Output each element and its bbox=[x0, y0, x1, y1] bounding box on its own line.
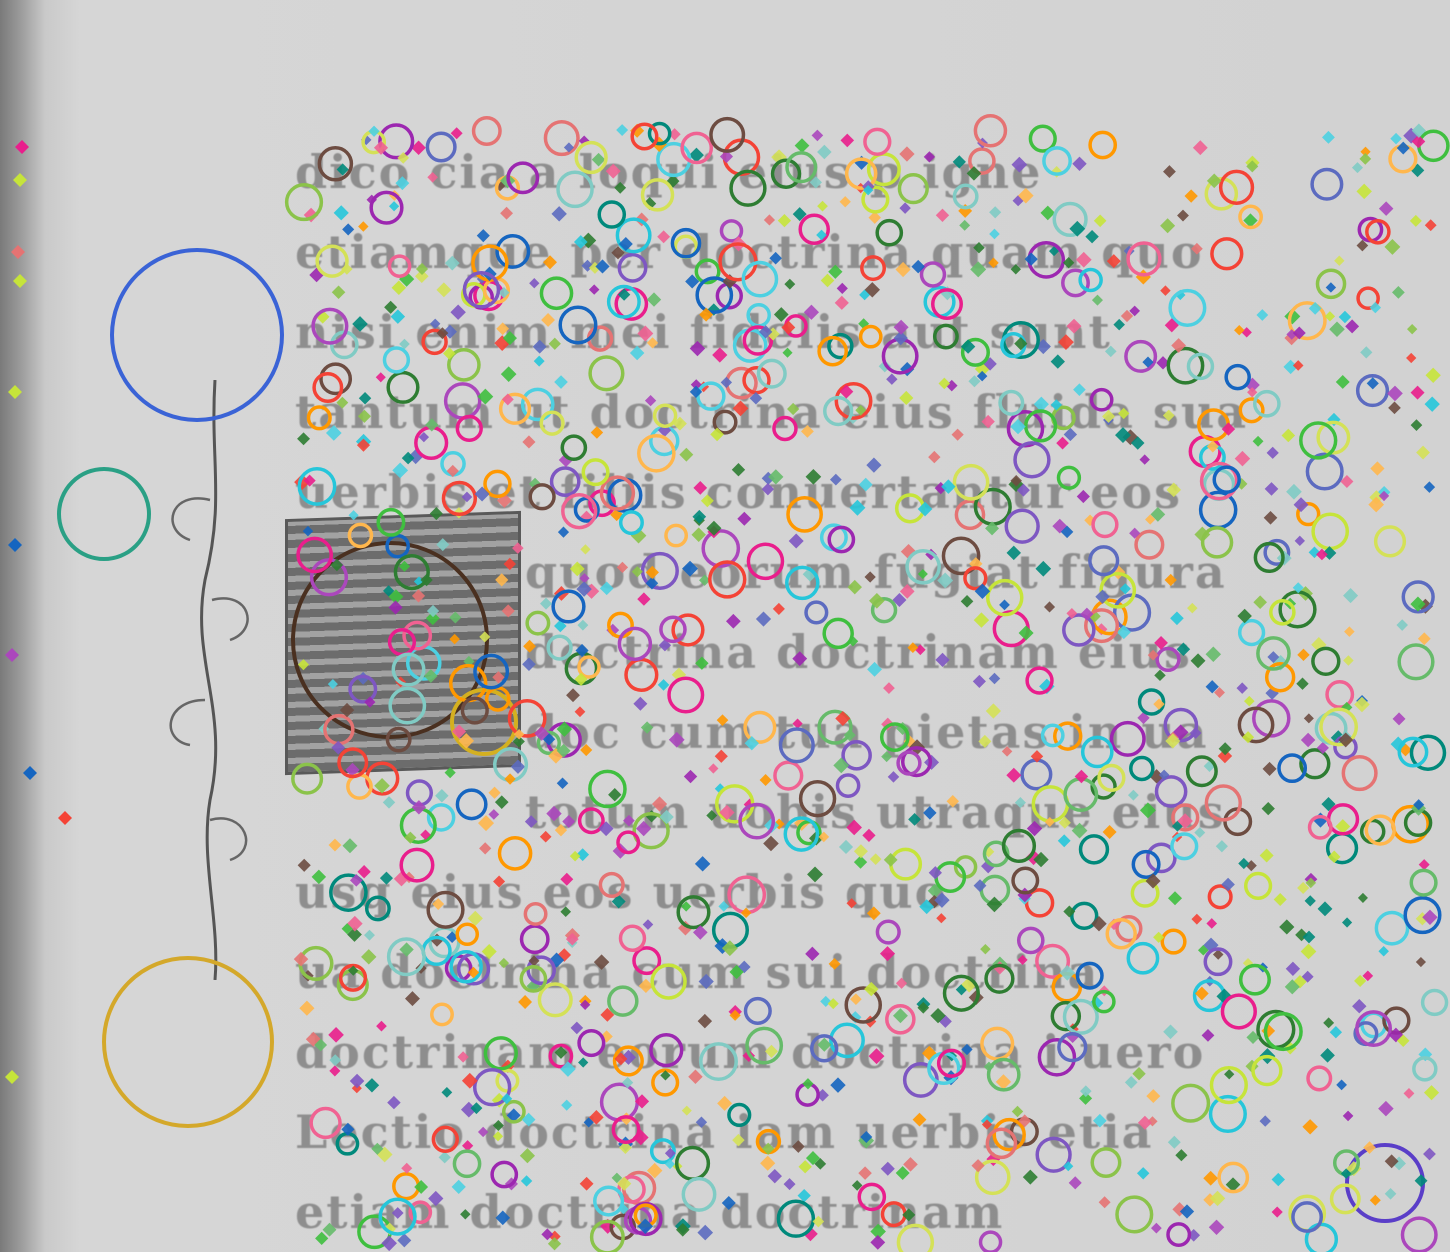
keypoint-diamond bbox=[1206, 647, 1221, 662]
keypoint-diamond bbox=[1012, 1106, 1023, 1117]
keypoint-circle bbox=[1308, 1067, 1331, 1090]
keypoint-diamond bbox=[478, 1127, 488, 1137]
keypoint-circle bbox=[747, 1028, 781, 1062]
keypoint-diamond bbox=[1423, 1148, 1436, 1161]
keypoint-circle bbox=[474, 118, 500, 144]
keypoint-diamond bbox=[652, 796, 667, 811]
keypoint-diamond bbox=[696, 1117, 707, 1128]
keypoint-diamond bbox=[430, 319, 440, 329]
keypoint-diamond bbox=[1185, 189, 1198, 202]
keypoint-diamond bbox=[1378, 946, 1389, 957]
keypoint-diamond bbox=[412, 589, 425, 602]
keypoint-circle bbox=[837, 775, 858, 796]
keypoint-diamond bbox=[1272, 1173, 1285, 1186]
keypoint-diamond bbox=[1072, 823, 1088, 839]
keypoint-diamond bbox=[1194, 827, 1205, 838]
keypoint-diamond bbox=[1206, 918, 1217, 929]
keypoint-diamond bbox=[886, 374, 897, 385]
keypoint-circle bbox=[485, 471, 510, 496]
keypoint-diamond bbox=[935, 653, 949, 667]
keypoint-diamond bbox=[435, 789, 448, 802]
keypoint-circle bbox=[701, 1044, 736, 1079]
keypoint-diamond bbox=[376, 1021, 387, 1032]
keypoint-diamond bbox=[358, 410, 371, 423]
keypoint-circle bbox=[539, 984, 571, 1016]
keypoint-diamond bbox=[833, 758, 849, 774]
keypoint-diamond bbox=[899, 146, 914, 161]
keypoint-diamond bbox=[1163, 410, 1175, 422]
keypoint-diamond bbox=[1140, 802, 1156, 818]
keypoint-circle bbox=[862, 257, 884, 279]
keypoint-diamond bbox=[633, 697, 647, 711]
keypoint-diamond bbox=[682, 561, 698, 577]
keypoint-diamond bbox=[883, 682, 895, 694]
keypoint-diamond bbox=[383, 796, 395, 808]
keypoint-diamond bbox=[658, 679, 670, 691]
keypoint-circle bbox=[740, 804, 773, 837]
keypoint-diamond bbox=[973, 242, 984, 253]
keypoint-diamond bbox=[1136, 269, 1151, 284]
keypoint-diamond bbox=[1260, 1115, 1271, 1126]
keypoint-diamond bbox=[1011, 157, 1027, 173]
keypoint-circle bbox=[1313, 514, 1347, 548]
keypoint-diamond bbox=[1105, 346, 1117, 358]
manuscript-image: dico cia a loqui eius p igneetiamque per… bbox=[0, 0, 1450, 1252]
keypoint-circle bbox=[1399, 645, 1433, 679]
keypoint-circle bbox=[548, 636, 571, 659]
keypoint-circle bbox=[313, 309, 347, 343]
keypoint-diamond bbox=[1221, 878, 1235, 892]
keypoint-circle bbox=[600, 874, 623, 897]
keypoint-diamond bbox=[1253, 436, 1264, 447]
keypoint-circle bbox=[579, 1031, 604, 1056]
keypoint-diamond bbox=[1360, 346, 1372, 358]
keypoint-diamond bbox=[961, 595, 974, 608]
keypoint-diamond bbox=[622, 1077, 633, 1088]
keypoint-circle bbox=[698, 383, 724, 409]
keypoint-diamond bbox=[647, 337, 658, 348]
keypoint-diamond bbox=[1356, 184, 1371, 199]
keypoint-circle bbox=[774, 417, 796, 439]
keypoint-diamond bbox=[1077, 490, 1090, 503]
keypoint-diamond bbox=[699, 974, 714, 989]
keypoint-diamond bbox=[763, 836, 779, 852]
keypoint-diamond bbox=[1279, 919, 1294, 934]
keypoint-diamond bbox=[1237, 682, 1248, 693]
keypoint-diamond bbox=[710, 428, 724, 442]
keypoint-diamond bbox=[778, 214, 791, 227]
keypoint-circle bbox=[1093, 513, 1117, 537]
keypoint-circle bbox=[390, 256, 410, 276]
keypoint-circle bbox=[590, 771, 625, 806]
keypoint-diamond bbox=[439, 1151, 451, 1163]
keypoint-diamond bbox=[760, 1156, 775, 1171]
keypoint-diamond bbox=[399, 942, 413, 956]
keypoint-diamond bbox=[1301, 733, 1316, 748]
keypoint-circle bbox=[1222, 995, 1255, 1028]
keypoint-diamond bbox=[987, 897, 1003, 913]
keypoint-circle bbox=[1136, 531, 1163, 558]
keypoint-diamond bbox=[756, 611, 771, 626]
keypoint-diamond bbox=[560, 1061, 576, 1077]
keypoint-circle bbox=[599, 202, 624, 227]
keypoint-diamond bbox=[495, 795, 509, 809]
keypoint-diamond bbox=[493, 876, 505, 888]
keypoint-circle bbox=[1081, 836, 1108, 863]
keypoint-diamond bbox=[1424, 1085, 1439, 1100]
keypoint-circle bbox=[819, 338, 846, 365]
keypoint-diamond bbox=[504, 558, 516, 570]
keypoint-diamond bbox=[462, 492, 473, 503]
keypoint-diamond bbox=[1193, 140, 1208, 155]
keypoint-markers-overlay bbox=[0, 0, 1450, 1252]
keypoint-circle bbox=[541, 412, 563, 434]
keypoint-circle bbox=[1065, 779, 1096, 810]
keypoint-diamond bbox=[1384, 239, 1400, 255]
keypoint-diamond bbox=[1410, 215, 1422, 227]
keypoint-circle bbox=[1090, 547, 1118, 575]
keypoint-diamond bbox=[1244, 696, 1255, 707]
keypoint-diamond bbox=[858, 1166, 872, 1180]
keypoint-diamond bbox=[364, 930, 375, 941]
keypoint-diamond bbox=[395, 176, 409, 190]
keypoint-diamond bbox=[708, 763, 718, 773]
keypoint-diamond bbox=[682, 1106, 692, 1116]
keypoint-diamond bbox=[718, 901, 729, 912]
keypoint-diamond bbox=[1023, 1170, 1038, 1185]
keypoint-diamond bbox=[1093, 1114, 1107, 1128]
keypoint-diamond-margin bbox=[13, 274, 27, 288]
keypoint-circle bbox=[882, 724, 908, 750]
keypoint-diamond bbox=[1125, 1076, 1138, 1089]
keypoint-circle bbox=[446, 384, 480, 418]
keypoint-diamond bbox=[595, 259, 609, 273]
keypoint-diamond bbox=[488, 787, 500, 799]
keypoint-diamond bbox=[303, 526, 314, 537]
keypoint-circle bbox=[462, 698, 487, 723]
keypoint-circle bbox=[1414, 1058, 1436, 1080]
keypoint-diamond bbox=[802, 1078, 813, 1089]
keypoint-diamond bbox=[1416, 957, 1426, 967]
keypoint-diamond bbox=[1370, 1195, 1381, 1206]
keypoint-circle bbox=[390, 688, 424, 722]
keypoint-diamond-margin bbox=[8, 538, 22, 552]
keypoint-circle bbox=[745, 999, 770, 1024]
keypoint-diamond bbox=[888, 771, 900, 783]
keypoint-diamond bbox=[1056, 437, 1069, 450]
keypoint-circle bbox=[669, 678, 703, 712]
keypoint-diamond bbox=[846, 820, 862, 836]
keypoint-circle bbox=[1064, 615, 1094, 645]
keypoint-diamond bbox=[428, 1191, 443, 1206]
keypoint-diamond bbox=[512, 542, 524, 554]
keypoint-circle bbox=[1246, 874, 1271, 899]
keypoint-diamond bbox=[328, 679, 338, 689]
keypoint-diamond bbox=[1019, 625, 1034, 640]
keypoint-diamond bbox=[555, 824, 567, 836]
keypoint-diamond bbox=[1177, 210, 1189, 222]
keypoint-diamond bbox=[745, 736, 759, 750]
keypoint-diamond bbox=[332, 285, 346, 299]
keypoint-circle bbox=[619, 255, 645, 281]
keypoint-circle bbox=[994, 1120, 1024, 1150]
keypoint-circle bbox=[309, 407, 331, 429]
keypoint-circle bbox=[560, 307, 596, 343]
keypoint-diamond bbox=[1336, 1080, 1347, 1091]
keypoint-diamond bbox=[1216, 840, 1228, 852]
keypoint-circle bbox=[1156, 777, 1185, 806]
keypoint-circle bbox=[1419, 131, 1448, 160]
keypoint-diamond bbox=[479, 842, 491, 854]
keypoint-circle bbox=[485, 1038, 516, 1069]
keypoint-diamond bbox=[817, 145, 832, 160]
keypoint-diamond bbox=[690, 341, 705, 356]
keypoint-circle-large bbox=[112, 250, 282, 420]
keypoint-circle bbox=[626, 660, 657, 691]
keypoint-diamond bbox=[554, 375, 568, 389]
keypoint-diamond bbox=[989, 229, 1000, 240]
keypoint-circle bbox=[836, 384, 870, 418]
keypoint-diamond bbox=[1015, 797, 1026, 808]
keypoint-circle bbox=[1133, 852, 1159, 878]
keypoint-diamond bbox=[657, 230, 670, 243]
keypoint-diamond bbox=[495, 573, 508, 586]
keypoint-diamond bbox=[1132, 1067, 1145, 1080]
keypoint-diamond bbox=[1301, 944, 1317, 960]
keypoint-diamond bbox=[619, 237, 633, 251]
keypoint-diamond bbox=[1320, 1048, 1335, 1063]
keypoint-diamond bbox=[549, 338, 561, 350]
keypoint-diamond bbox=[614, 182, 626, 194]
keypoint-diamond bbox=[805, 947, 819, 961]
keypoint-circle bbox=[1004, 831, 1035, 862]
keypoint-diamond bbox=[1120, 583, 1131, 594]
keypoint-diamond bbox=[1418, 632, 1431, 645]
keypoint-diamond bbox=[1224, 1069, 1234, 1079]
keypoint-circle bbox=[865, 129, 890, 154]
keypoint-diamond bbox=[835, 296, 849, 310]
keypoint-diamond bbox=[1094, 214, 1107, 227]
keypoint-diamond bbox=[787, 403, 799, 415]
keypoint-diamond bbox=[1025, 253, 1038, 266]
keypoint-diamond bbox=[974, 612, 989, 627]
keypoint-diamond bbox=[630, 346, 644, 360]
keypoint-diamond bbox=[1209, 1220, 1224, 1235]
keypoint-diamond bbox=[599, 821, 614, 836]
keypoint-diamond bbox=[881, 1162, 895, 1176]
keypoint-diamond bbox=[323, 1223, 337, 1237]
keypoint-circle bbox=[621, 512, 642, 533]
keypoint-diamond bbox=[837, 283, 848, 294]
keypoint-diamond bbox=[493, 1131, 503, 1141]
keypoint-circle bbox=[788, 498, 821, 531]
keypoint-circle bbox=[778, 1201, 813, 1236]
keypoint-diamond bbox=[387, 1096, 400, 1109]
keypoint-diamond bbox=[830, 474, 842, 486]
keypoint-diamond bbox=[1262, 802, 1275, 815]
keypoint-diamond bbox=[936, 913, 946, 923]
keypoint-circle-large bbox=[1347, 1145, 1423, 1221]
keypoint-diamond bbox=[1425, 397, 1440, 412]
keypoint-circle bbox=[454, 1151, 479, 1176]
keypoint-diamond bbox=[970, 261, 986, 277]
keypoint-diamond bbox=[1067, 319, 1082, 334]
keypoint-diamond bbox=[616, 124, 628, 136]
keypoint-diamond bbox=[859, 478, 873, 492]
keypoint-diamond bbox=[1044, 601, 1055, 612]
keypoint-diamond bbox=[1018, 955, 1028, 965]
keypoint-diamond bbox=[1137, 1167, 1149, 1179]
keypoint-diamond bbox=[684, 770, 697, 783]
keypoint-circle bbox=[552, 468, 579, 495]
keypoint-diamond bbox=[1202, 1029, 1215, 1042]
keypoint-circle bbox=[891, 849, 920, 878]
keypoint-circle bbox=[609, 987, 637, 1015]
keypoint-diamond bbox=[533, 340, 547, 354]
keypoint-diamond bbox=[1051, 354, 1065, 368]
keypoint-diamond bbox=[499, 958, 509, 968]
keypoint-circle bbox=[743, 263, 776, 296]
keypoint-diamond bbox=[1168, 891, 1182, 905]
keypoint-diamond bbox=[1107, 254, 1121, 268]
keypoint-circle bbox=[632, 124, 657, 149]
keypoint-diamond bbox=[1352, 999, 1366, 1013]
keypoint-diamond bbox=[1191, 914, 1202, 925]
keypoint-diamond bbox=[830, 1077, 845, 1092]
keypoint-diamond bbox=[1160, 285, 1170, 295]
keypoint-diamond bbox=[1264, 511, 1278, 525]
keypoint-diamond bbox=[854, 844, 868, 858]
keypoint-diamond-margin bbox=[5, 1070, 19, 1084]
keypoint-diamond bbox=[401, 1163, 412, 1174]
keypoint-circle bbox=[1092, 1149, 1119, 1176]
keypoint-diamond bbox=[1058, 334, 1074, 350]
keypoint-diamond bbox=[1378, 1101, 1394, 1117]
keypoint-diamond bbox=[865, 571, 876, 582]
keypoint-diamond bbox=[989, 673, 1000, 684]
keypoint-diamond bbox=[1339, 311, 1351, 323]
keypoint-diamond bbox=[445, 256, 460, 271]
keypoint-circle bbox=[883, 1203, 906, 1226]
keypoint-diamond bbox=[589, 284, 599, 294]
keypoint-diamond bbox=[1166, 483, 1181, 498]
keypoint-diamond bbox=[1010, 419, 1025, 434]
keypoint-circle bbox=[1015, 443, 1049, 477]
keypoint-circle bbox=[394, 1174, 419, 1199]
keypoint-circle bbox=[801, 782, 835, 816]
keypoint-diamond bbox=[1343, 588, 1358, 603]
keypoint-diamond bbox=[1171, 338, 1186, 353]
keypoint-diamond bbox=[1163, 165, 1176, 178]
keypoint-diamond bbox=[392, 1207, 404, 1219]
keypoint-diamond bbox=[952, 429, 964, 441]
keypoint-diamond bbox=[445, 767, 456, 778]
keypoint-diamond bbox=[1002, 746, 1013, 757]
keypoint-circle bbox=[729, 1105, 750, 1126]
keypoint-circle bbox=[1006, 510, 1038, 542]
keypoint-diamond bbox=[695, 856, 710, 871]
keypoint-diamond bbox=[646, 566, 659, 579]
keypoint-circle bbox=[643, 180, 673, 210]
keypoint-diamond bbox=[606, 164, 621, 179]
keypoint-diamond bbox=[1302, 1119, 1317, 1134]
keypoint-diamond bbox=[806, 469, 822, 485]
keypoint-circle bbox=[1077, 963, 1102, 988]
keypoint-diamond bbox=[1163, 1024, 1178, 1039]
keypoint-diamond bbox=[328, 1027, 344, 1043]
keypoint-diamond bbox=[1091, 916, 1106, 931]
keypoint-circle bbox=[321, 364, 350, 393]
keypoint-diamond bbox=[357, 865, 370, 878]
keypoint-circle bbox=[553, 591, 584, 622]
keypoint-diamond bbox=[1007, 546, 1021, 560]
keypoint-diamond-margin bbox=[58, 811, 72, 825]
keypoint-diamond bbox=[501, 366, 517, 382]
keypoint-diamond bbox=[380, 872, 393, 885]
keypoint-diamond bbox=[1407, 324, 1417, 334]
keypoint-diamond bbox=[575, 706, 586, 717]
keypoint-circle bbox=[293, 764, 322, 793]
keypoint-circle bbox=[416, 428, 447, 459]
keypoint-diamond bbox=[782, 348, 792, 358]
keypoint-diamond bbox=[577, 620, 588, 631]
keypoint-diamond bbox=[315, 1232, 328, 1245]
keypoint-circle bbox=[300, 948, 332, 980]
keypoint-diamond bbox=[1406, 353, 1416, 363]
keypoint-diamond bbox=[1073, 383, 1086, 396]
keypoint-circle bbox=[1280, 592, 1315, 627]
keypoint-diamond bbox=[769, 252, 782, 265]
keypoint-diamond bbox=[436, 282, 451, 297]
keypoint-diamond bbox=[376, 372, 386, 382]
keypoint-diamond bbox=[368, 126, 379, 137]
keypoint-diamond bbox=[999, 600, 1010, 611]
keypoint-circle bbox=[1091, 390, 1111, 410]
keypoint-diamond bbox=[1411, 419, 1423, 431]
keypoint-diamond bbox=[986, 703, 1001, 718]
keypoint-diamond bbox=[449, 634, 460, 645]
keypoint-diamond bbox=[647, 292, 661, 306]
keypoint-diamond bbox=[1323, 1017, 1334, 1028]
keypoint-circle bbox=[1033, 787, 1067, 821]
keypoint-circle bbox=[1019, 928, 1043, 952]
keypoint-diamond bbox=[688, 1070, 702, 1084]
keypoint-diamond-margin bbox=[5, 648, 19, 662]
keypoint-diamond bbox=[870, 853, 882, 865]
keypoint-diamond bbox=[817, 201, 828, 212]
keypoint-circle bbox=[1063, 270, 1088, 295]
keypoint-circle bbox=[1168, 1224, 1189, 1245]
keypoint-diamond bbox=[521, 1175, 532, 1186]
keypoint-diamond bbox=[896, 978, 907, 989]
keypoint-circle bbox=[317, 246, 347, 276]
keypoint-circle bbox=[1423, 990, 1447, 1014]
keypoint-diamond bbox=[762, 483, 774, 495]
keypoint-diamond bbox=[496, 1211, 511, 1226]
keypoint-circle bbox=[337, 1134, 357, 1154]
keypoint-circle bbox=[618, 832, 638, 852]
keypoint-diamond bbox=[784, 279, 795, 290]
keypoint-diamond-margin bbox=[23, 766, 37, 780]
keypoint-diamond bbox=[1425, 219, 1437, 231]
keypoint-diamond bbox=[1175, 1149, 1187, 1161]
keypoint-diamond bbox=[623, 815, 635, 827]
keypoint-diamond bbox=[349, 510, 359, 520]
keypoint-diamond bbox=[978, 735, 991, 748]
keypoint-diamond bbox=[442, 1087, 453, 1098]
keypoint-circle bbox=[1043, 725, 1063, 745]
keypoint-diamond bbox=[329, 1065, 340, 1076]
